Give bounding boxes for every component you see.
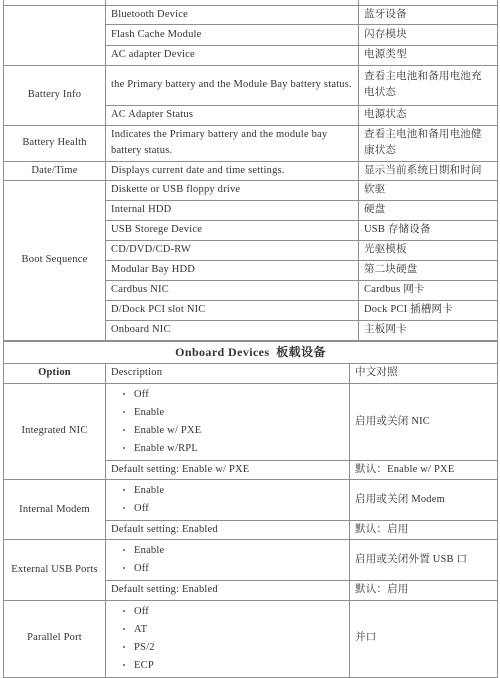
bullet-item: •Enable w/RPL [114,440,349,458]
bullet-item: •Off [114,603,349,621]
bullet-icon: • [114,639,134,657]
option-cell-parallel-port: Parallel Port [4,600,106,677]
bullet-icon: • [114,657,134,675]
cn-cell: 光驱模板 [359,240,498,260]
desc-cell: Modular Bay HDD [106,260,359,280]
default-desc-cell: Default setting: Enable w/ PXE [106,460,350,479]
desc-cell: Displays current date and time settings. [106,161,359,180]
bullet-item: •Off [114,386,349,404]
desc-cell: AC Adapter Status [106,105,359,125]
cn-cell: 启用或关闭 NIC [350,383,498,460]
bullet-icon: • [114,500,134,518]
table-row: Date/Time Displays current date and time… [4,161,498,180]
bullet-icon: • [114,560,134,578]
desc-cell: D/Dock PCI slot NIC [106,300,359,320]
bullet-icon: • [114,386,134,404]
desc-cell: Bluetooth Device [106,6,359,25]
table-row: Bluetooth Device 蓝牙设备 [4,6,498,25]
system-setup-upper-table: Bluetooth Device 蓝牙设备 Flash Cache Module… [3,0,498,341]
bullet-item: •Enable [114,482,349,500]
header-cn: 中文对照 [350,363,498,383]
option-cell-battery-info: Battery Info [4,65,106,125]
bullet-label: Enable [134,542,164,560]
bullet-label: Off [134,500,149,518]
bullet-label: Enable [134,404,164,422]
bullet-item: •Enable [114,404,349,422]
cn-cell: 硬盘 [359,200,498,220]
option-cell-date-time: Date/Time [4,161,106,180]
cn-cell: 主板网卡 [359,320,498,340]
option-cell-boot-sequence: Boot Sequence [4,180,106,340]
table-row: Internal Modem •Enable •Off 启用或关闭 Modem [4,480,498,521]
bullet-label: Off [134,386,149,404]
table-row: Battery Info the Primary battery and the… [4,65,498,105]
table-row: Battery Health Indicates the Primary bat… [4,125,498,161]
desc-cell: CD/DVD/CD-RW [106,240,359,260]
options-list-cell: •Enable •Off [106,480,350,521]
bullet-label: Enable w/RPL [134,440,198,458]
onboard-devices-table: Onboard Devices 板载设备 Option Description … [3,341,498,678]
cn-cell: USB 存储设备 [359,220,498,240]
desc-cell: the Primary battery and the Module Bay b… [106,65,359,105]
cn-cell: 电源状态 [359,105,498,125]
options-list-cell: •Off •AT •PS/2 •ECP [106,600,350,677]
default-cn-cell: 默认：启用 [350,521,498,540]
table-row: Boot Sequence Diskette or USB floppy dri… [4,180,498,200]
options-list-cell: •Enable •Off [106,540,350,581]
desc-cell: Cardbus NIC [106,280,359,300]
section-header-row: Onboard Devices 板载设备 [4,341,498,363]
desc-cell: Flash Cache Module [106,25,359,46]
option-cell-empty [4,6,106,66]
bullet-label: PS/2 [134,639,155,657]
bullet-item: •Off [114,560,349,578]
cn-cell: 显示当前系统日期和时间 [359,161,498,180]
desc-cell: AC adapter Device [106,46,359,65]
desc-cell: Indicates the Primary battery and the mo… [106,125,359,161]
bullet-icon: • [114,422,134,440]
cn-cell: 查看主电池和备用电池充电状态 [359,65,498,105]
cn-cell: 电源类型 [359,46,498,65]
default-desc-cell: Default setting: Enabled [106,581,350,600]
bullet-icon: • [114,404,134,422]
table-row: External USB Ports •Enable •Off 启用或关闭外置 … [4,540,498,581]
cn-cell: Dock PCI 插槽网卡 [359,300,498,320]
bullet-icon: • [114,621,134,639]
option-cell-battery-health: Battery Health [4,125,106,161]
bullet-label: Enable [134,482,164,500]
table-row: Integrated NIC •Off •Enable •Enable w/ P… [4,383,498,460]
cn-cell: 闪存模块 [359,25,498,46]
option-cell-internal-modem: Internal Modem [4,480,106,540]
cn-cell: 启用或关闭 Modem [350,480,498,521]
bullet-item: •ECP [114,657,349,675]
header-description: Description [106,363,350,383]
cn-cell: 软驱 [359,180,498,200]
bullet-label: ECP [134,657,154,675]
option-cell-external-usb-ports: External USB Ports [4,540,106,600]
options-list-cell: •Off •Enable •Enable w/ PXE •Enable w/RP… [106,383,350,460]
default-cn-cell: 默认：Enable w/ PXE [350,460,498,479]
column-header-row: Option Description 中文对照 [4,363,498,383]
bullet-icon: • [114,440,134,458]
table-row: Parallel Port •Off •AT •PS/2 •ECP 并口 [4,600,498,677]
desc-cell: Internal HDD [106,200,359,220]
desc-cell: Onboard NIC [106,320,359,340]
bullet-item: •Enable w/ PXE [114,422,349,440]
cn-cell: 查看主电池和备用电池健康状态 [359,125,498,161]
bullet-item: •AT [114,621,349,639]
cn-cell: 蓝牙设备 [359,6,498,25]
desc-cell: USB Storege Device [106,220,359,240]
bullet-label: Off [134,560,149,578]
cn-cell: 第二块硬盘 [359,260,498,280]
bullet-item: •Enable [114,542,349,560]
bullet-icon: • [114,482,134,500]
cn-cell: 启用或关闭外置 USB 口 [350,540,498,581]
section-header-cell: Onboard Devices 板载设备 [4,341,498,363]
header-option: Option [4,363,106,383]
bullet-item: •PS/2 [114,639,349,657]
option-cell-integrated-nic: Integrated NIC [4,383,106,479]
bullet-item: •Off [114,500,349,518]
desc-cell: Diskette or USB floppy drive [106,180,359,200]
bullet-label: AT [134,621,147,639]
bullet-icon: • [114,542,134,560]
bullet-icon: • [114,603,134,621]
bullet-label: Enable w/ PXE [134,422,201,440]
default-desc-cell: Default setting: Enabled [106,521,350,540]
bullet-label: Off [134,603,149,621]
cn-cell: 并口 [350,600,498,677]
section-title: Onboard Devices 板载设备 [175,345,326,359]
default-cn-cell: 默认：启用 [350,581,498,600]
cn-cell: Cardbus 网卡 [359,280,498,300]
